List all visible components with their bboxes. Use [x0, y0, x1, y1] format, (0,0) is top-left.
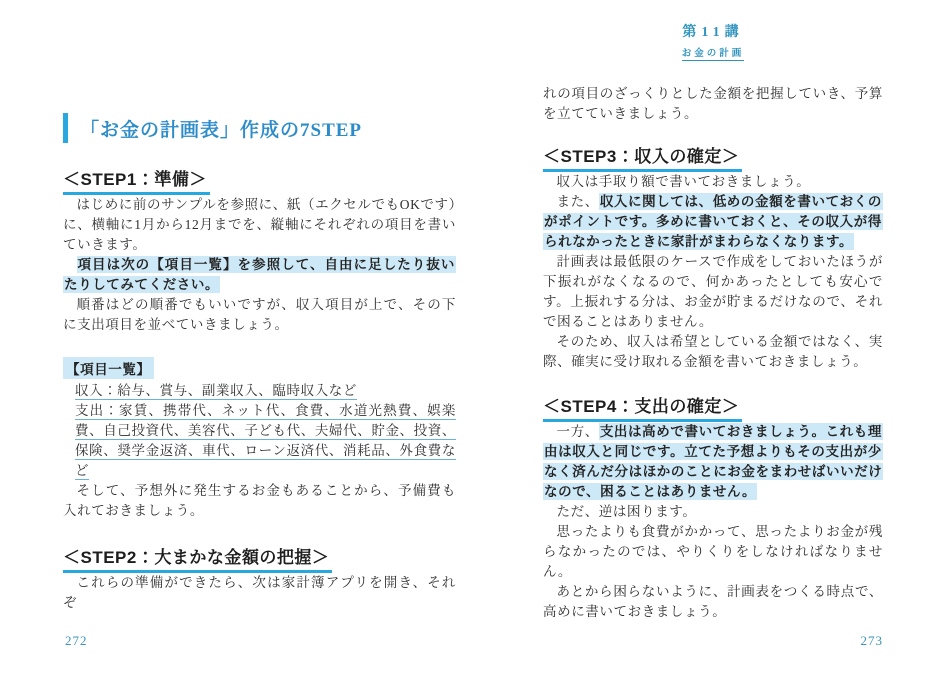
- step4-paragraph-1: 一方、支出は高めで書いておきましょう。これも理由は収入と同じです。立てた予想より…: [543, 422, 883, 502]
- step4-paragraph-4: あとから困らないように、計画表をつくる時点で、高めに書いておきましょう。: [543, 582, 883, 622]
- step4-paragraph-3: 思ったよりも食費がかかって、思ったよりお金が残らなかったのでは、やりくりをしなけ…: [543, 522, 883, 582]
- continuation-paragraph: れの項目のざっくりとした金額を把握していき、予算を立てていきましょう。: [543, 84, 883, 124]
- step2-heading-text: ＜STEP2：大まかな金額の把握＞: [63, 543, 332, 573]
- step3-paragraph-1-text: 収入は手取り額で書いておきましょう。: [557, 174, 811, 189]
- step3-paragraph-1: 収入は手取り額で書いておきましょう。: [543, 172, 883, 192]
- step2-heading: ＜STEP2：大まかな金額の把握＞: [63, 543, 456, 573]
- step1-heading-text: ＜STEP1：準備＞: [63, 165, 210, 195]
- left-page: 「お金の計画表」作成の7STEP ＜STEP1：準備＞ はじめに前のサンプルを参…: [63, 0, 456, 613]
- item-list: 【項目一覧】 収入：給与、賞与、副業収入、臨時収入など 支出：家賃、携帯代、ネッ…: [63, 357, 456, 481]
- step1-paragraph-4-text: そして、予想外に発生するお金もあることから、予備費も入れておきましょう。: [63, 483, 456, 518]
- page-number-right: 273: [543, 633, 883, 649]
- step4-heading: ＜STEP4：支出の確定＞: [543, 392, 883, 422]
- step4-paragraph-2-text: ただ、逆は困ります。: [557, 504, 697, 519]
- step3-paragraph-4-text: そのため、収入は希望としている金額ではなく、実際、確実に受け取れる金額を書いてお…: [543, 334, 883, 369]
- step2-paragraph-1: これらの準備ができたら、次は家計簿アプリを開き、それぞ: [63, 573, 456, 613]
- step3-paragraph-3: 計画表は最低限のケースで作成をしておいたほうが下振れがなくなるので、何かあったと…: [543, 252, 883, 332]
- step4-heading-text: ＜STEP4：支出の確定＞: [543, 392, 742, 422]
- step1-paragraph-3-text: 順番はどの順番でもいいですが、収入項目が上で、その下に支出項目を並べていきましょ…: [63, 297, 456, 332]
- step1-heading: ＜STEP1：準備＞: [63, 165, 456, 195]
- step3-heading: ＜STEP3：収入の確定＞: [543, 142, 883, 172]
- item-list-lines: 収入：給与、賞与、副業収入、臨時収入など 支出：家賃、携帯代、ネット代、食費、水…: [63, 381, 456, 481]
- step3-paragraph-4: そのため、収入は希望としている金額ではなく、実際、確実に受け取れる金額を書いてお…: [543, 332, 883, 372]
- continuation-paragraph-text: れの項目のざっくりとした金額を把握していき、予算を立てていきましょう。: [543, 86, 883, 121]
- step1-paragraph-1: はじめに前のサンプルを参照に、紙（エクセルでもOKです）に、横軸に1月から12月…: [63, 195, 456, 255]
- step3-paragraph-3-text: 計画表は最低限のケースで作成をしておいたほうが下振れがなくなるので、何かあったと…: [543, 254, 883, 329]
- step1-paragraph-1-text: はじめに前のサンプルを参照に、紙（エクセルでもOKです）に、横軸に1月から12月…: [63, 197, 456, 252]
- step4-paragraph-1-lead: 一方、: [557, 424, 599, 439]
- step3-paragraph-2-lead: また、: [557, 194, 599, 209]
- step2-paragraph-1-text: これらの準備ができたら、次は家計簿アプリを開き、それぞ: [63, 575, 456, 610]
- step1-paragraph-3: 順番はどの順番でもいいですが、収入項目が上で、その下に支出項目を並べていきましょ…: [63, 295, 456, 335]
- item-list-expense: 支出：家賃、携帯代、ネット代、食費、水道光熱費、娯楽費、自己投資代、美容代、子ど…: [75, 401, 456, 481]
- step4-paragraph-3-text: 思ったよりも食費がかかって、思ったよりお金が残らなかったのでは、やりくりをしなけ…: [543, 524, 883, 579]
- chapter-lecture-label: 第11講: [543, 24, 883, 42]
- step1-highlighted-sentence: 項目は次の【項目一覧】を参照して、自由に足したり抜いたりしてみてください。: [63, 256, 456, 293]
- step4-paragraph-4-text: あとから困らないように、計画表をつくる時点で、高めに書いておきましょう。: [543, 584, 883, 619]
- section-title: 「お金の計画表」作成の7STEP: [63, 113, 456, 143]
- book-spread: 「お金の計画表」作成の7STEP ＜STEP1：準備＞ はじめに前のサンプルを参…: [0, 0, 940, 685]
- step4-paragraph-2: ただ、逆は困ります。: [543, 502, 883, 522]
- page-number-left: 272: [65, 633, 88, 649]
- chapter-topic-label: お金の計画: [682, 48, 745, 62]
- step3-paragraph-2: また、収入に関しては、低めの金額を書いておくのがポイントです。多めに書いておくと…: [543, 192, 883, 252]
- step1-paragraph-4: そして、予想外に発生するお金もあることから、予備費も入れておきましょう。: [63, 481, 456, 521]
- chapter-header: 第11講 お金の計画: [543, 24, 883, 62]
- right-page: 第11講 お金の計画 れの項目のざっくりとした金額を把握していき、予算を立ててい…: [543, 0, 883, 622]
- title-accent-bar: [63, 113, 68, 143]
- section-title-text: 「お金の計画表」作成の7STEP: [80, 115, 362, 142]
- item-list-title: 【項目一覧】: [63, 357, 154, 379]
- step1-paragraph-2: 項目は次の【項目一覧】を参照して、自由に足したり抜いたりしてみてください。: [63, 255, 456, 295]
- step3-heading-text: ＜STEP3：収入の確定＞: [543, 142, 742, 172]
- item-list-income: 収入：給与、賞与、副業収入、臨時収入など: [75, 381, 456, 401]
